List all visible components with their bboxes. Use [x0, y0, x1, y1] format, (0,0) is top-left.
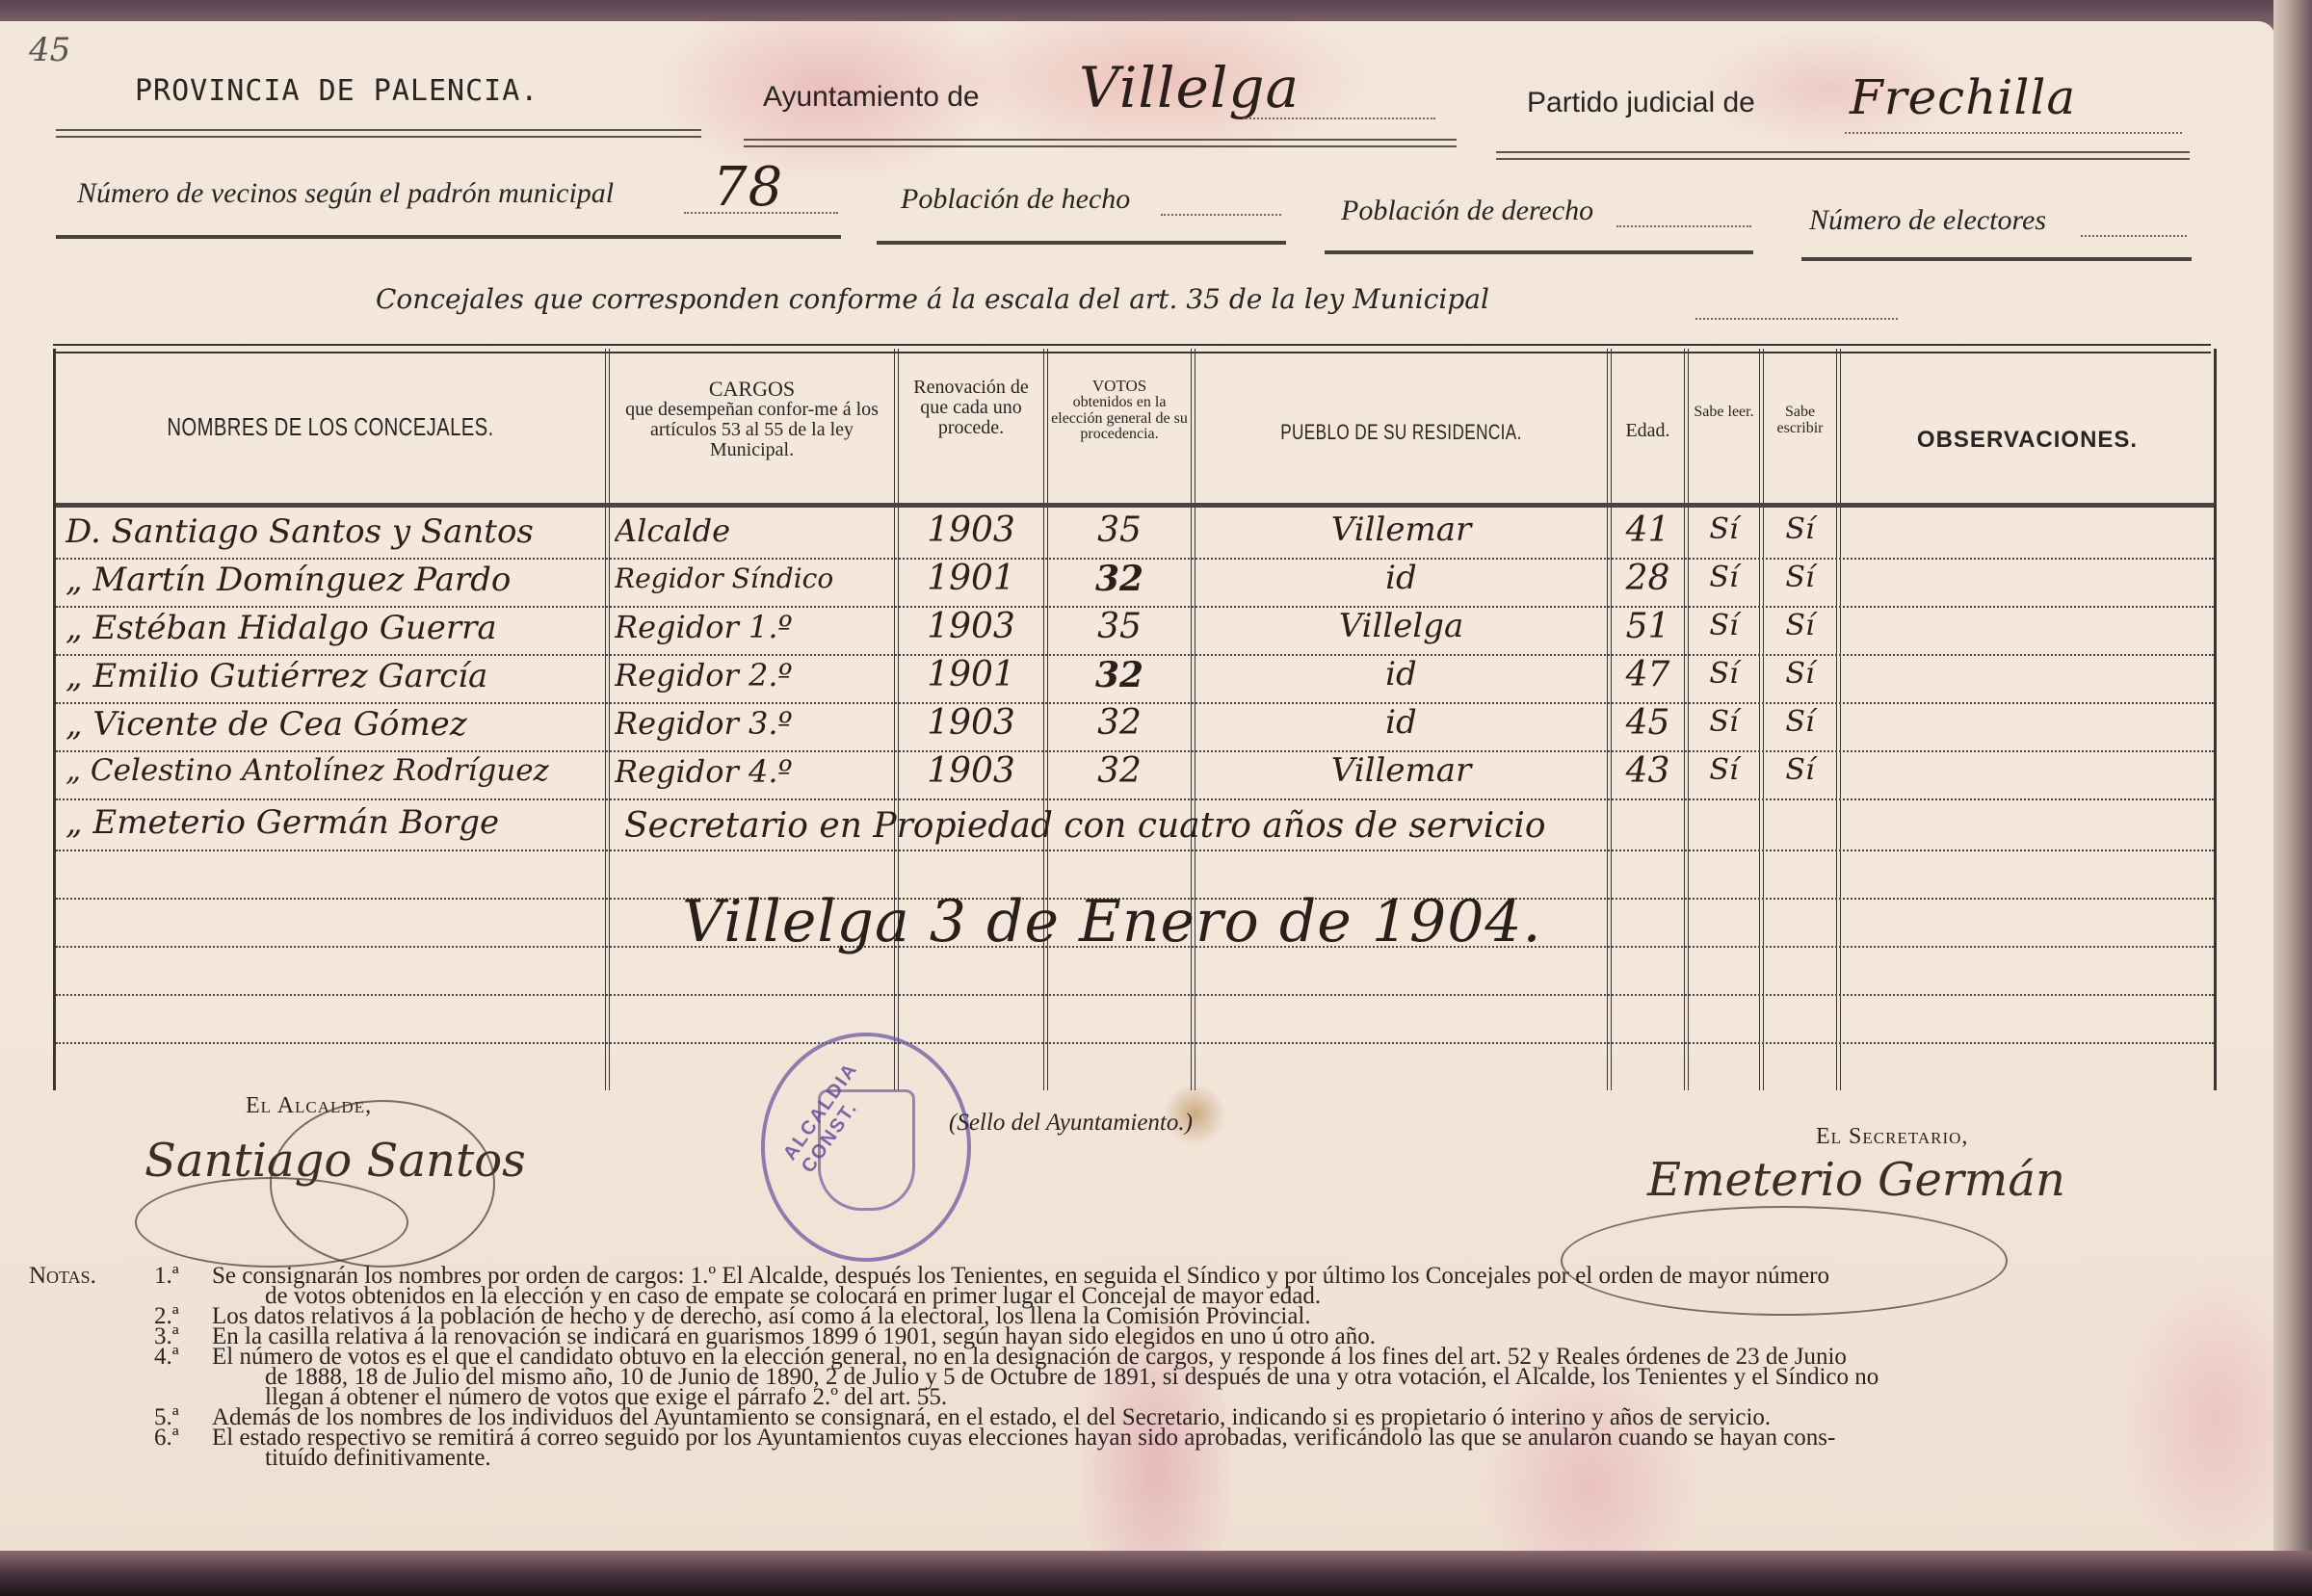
cell-votos: 32	[1048, 655, 1191, 695]
header-rule	[1801, 257, 2192, 261]
poblacion-derecho-label: Población de derecho	[1341, 195, 1593, 227]
col-header-sabe-escribir: Sabe escribir	[1764, 405, 1836, 437]
cell-sabe-leer: Sí	[1689, 705, 1759, 739]
header-rule	[56, 129, 701, 138]
cell-nombre: D. Santiago Santos y Santos	[66, 512, 605, 551]
cell-nombre: „ Emilio Gutiérrez García	[66, 657, 605, 695]
cell-renovacion: 1901	[899, 655, 1043, 694]
cell-sabe-escribir: Sí	[1764, 609, 1836, 642]
cell-pueblo: Villelga	[1195, 607, 1607, 645]
col-header-sabe-leer: Sabe leer.	[1689, 405, 1759, 421]
cell-votos: 32	[1048, 703, 1191, 743]
cell-renovacion: 1901	[899, 559, 1043, 598]
cell-pueblo: id	[1195, 655, 1607, 693]
cell-renovacion: 1903	[899, 607, 1043, 646]
note-item: 1.ª Se consignarán los nombres por orden…	[29, 1266, 2225, 1286]
cell-votos: 35	[1048, 510, 1191, 550]
province-title: PROVINCIA DE PALENCIA.	[135, 74, 539, 108]
header-separator	[56, 503, 2214, 508]
cell-edad: 43	[1612, 751, 1684, 791]
cell-votos: 35	[1048, 607, 1191, 646]
header-rule	[877, 241, 1286, 245]
header-rule	[56, 235, 841, 239]
partido-value: Frechilla	[1850, 69, 2076, 125]
vecinos-value: 78	[713, 156, 783, 219]
cell-votos: 32	[1048, 751, 1191, 791]
cell-cargo: Alcalde	[615, 512, 894, 549]
cell-votos: 32	[1048, 559, 1191, 599]
ayuntamiento-seal: ALCALDIA CONST.	[761, 1033, 971, 1262]
document-page: 45 PROVINCIA DE PALENCIA. Ayuntamiento d…	[0, 21, 2275, 1562]
cell-sabe-escribir: Sí	[1764, 657, 1836, 691]
secretario-signature: Emeterio Germán	[1647, 1153, 2065, 1207]
cell-sabe-escribir: Sí	[1764, 705, 1836, 739]
cell-pueblo: id	[1195, 703, 1607, 742]
cell-cargo: Regidor Síndico	[615, 563, 894, 594]
cell-sabe-escribir: Sí	[1764, 512, 1836, 546]
cell-sabe-escribir: Sí	[1764, 561, 1836, 594]
col-header-nombres: NOMBRES DE LOS CONCEJALES.	[117, 414, 545, 440]
cell-edad: 47	[1612, 655, 1684, 694]
header-rule	[744, 139, 1457, 147]
ayuntamiento-label: Ayuntamiento de	[763, 81, 980, 114]
cell-nombre: „ Martín Domínguez Pardo	[66, 561, 605, 599]
cell-cargo: Regidor 3.º	[615, 705, 894, 742]
header-rule	[1496, 151, 2190, 160]
cell-edad: 28	[1612, 559, 1684, 598]
cell-sabe-leer: Sí	[1689, 657, 1759, 691]
cell-nombre: „ Emeterio Germán Borge	[66, 803, 605, 842]
secretario-label: El Secretario,	[1816, 1124, 1968, 1150]
cell-edad: 41	[1612, 510, 1684, 550]
cell-cargo: Regidor 2.º	[615, 657, 894, 693]
cell-edad: 45	[1612, 703, 1684, 743]
cell-nombre: „ Estéban Hidalgo Guerra	[66, 609, 605, 647]
col-header-edad: Edad.	[1612, 421, 1684, 441]
note-item: 4.ª El número de votos es el que el cand…	[29, 1347, 2225, 1367]
col-header-observaciones: OBSERVACIONES.	[1841, 428, 2214, 452]
place-date: Villelga 3 de Enero de 1904.	[682, 888, 1542, 955]
cell-renovacion: 1903	[899, 510, 1043, 550]
cell-renovacion: 1903	[899, 703, 1043, 743]
cell-sabe-leer: Sí	[1689, 561, 1759, 594]
cell-sabe-leer: Sí	[1689, 609, 1759, 642]
cell-pueblo: id	[1195, 559, 1607, 597]
cell-cargo: Regidor 4.º	[615, 753, 894, 790]
cell-nombre: „ Celestino Antolínez Rodríguez	[66, 753, 605, 788]
note-item: 6.ª El estado respectivo se remitirá á c…	[29, 1427, 2225, 1448]
electores-label: Número de electores	[1809, 204, 2046, 237]
poblacion-hecho-label: Población de hecho	[901, 183, 1130, 216]
cell-pueblo: Villemar	[1195, 751, 1607, 790]
col-header-cargos: CARGOS que desempeñan confor-me á los ar…	[610, 378, 894, 460]
cell-sabe-leer: Sí	[1689, 753, 1759, 787]
col-header-votos: VOTOS obtenidos en la elección general d…	[1048, 378, 1191, 443]
cell-nombre: „ Vicente de Cea Gómez	[66, 705, 605, 744]
margin-page-number: 45	[29, 31, 70, 69]
col-header-renovacion: Renovación de que cada uno procede.	[899, 378, 1043, 438]
cell-cargo-secretario: Secretario en Propiedad con cuatro años …	[624, 806, 2069, 846]
seal-label: (Sello del Ayuntamiento.)	[949, 1110, 1193, 1137]
header-rule	[1325, 250, 1753, 254]
notes-section: Notas. 1.ª Se consignarán los nombres po…	[29, 1266, 2225, 1468]
concejales-label: Concejales que corresponden conforme á l…	[376, 283, 1489, 315]
cell-sabe-escribir: Sí	[1764, 753, 1836, 787]
partido-label: Partido judicial de	[1527, 87, 1755, 119]
cell-renovacion: 1903	[899, 751, 1043, 791]
cell-edad: 51	[1612, 607, 1684, 646]
vecinos-label: Número de vecinos según el padrón munici…	[77, 177, 614, 210]
signature-flourish	[270, 1100, 495, 1268]
col-header-pueblo: PUEBLO DE SU RESIDENCIA.	[1241, 421, 1562, 443]
cell-cargo: Regidor 1.º	[615, 609, 894, 645]
book-binding-bottom	[0, 1551, 2312, 1596]
cell-pueblo: Villemar	[1195, 510, 1607, 549]
ayuntamiento-value: Villelga	[1079, 55, 1300, 120]
cell-sabe-leer: Sí	[1689, 512, 1759, 546]
concejales-table: NOMBRES DE LOS CONCEJALES. CARGOS que de…	[53, 349, 2217, 1090]
book-binding-right	[2273, 0, 2312, 1596]
